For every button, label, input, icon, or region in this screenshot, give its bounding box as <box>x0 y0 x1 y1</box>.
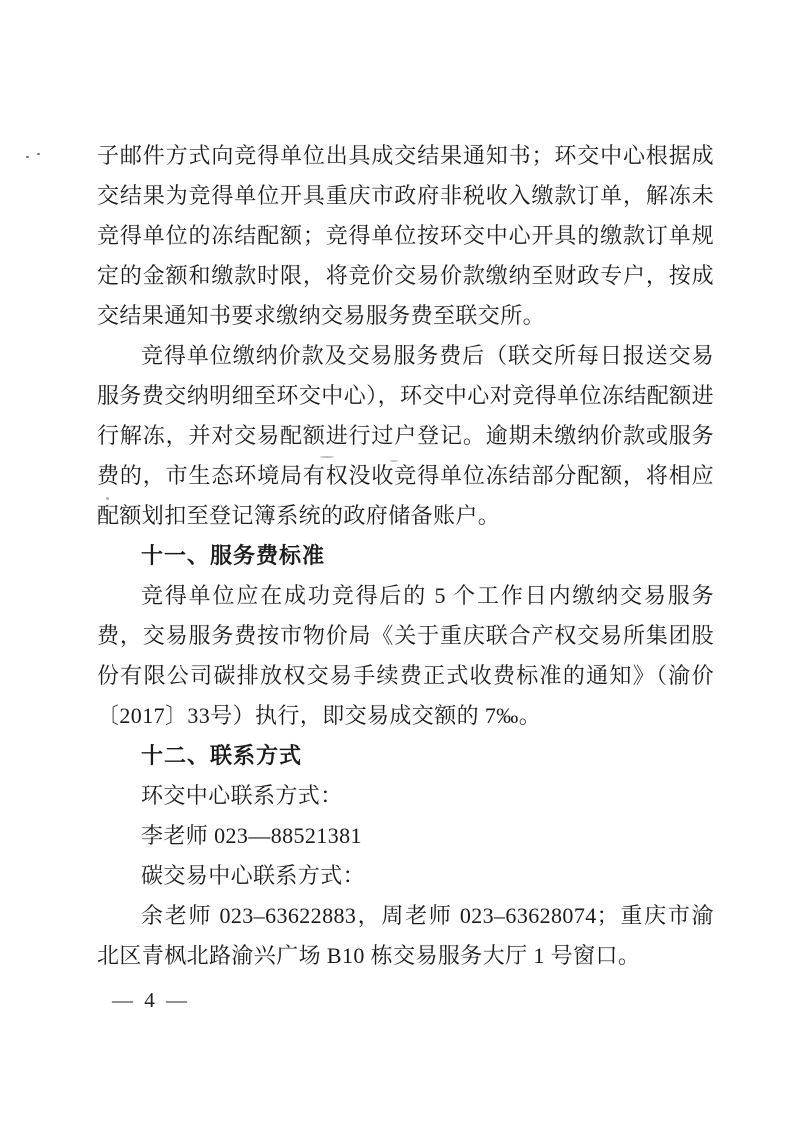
paragraph-carbon-center-phones: 余老师 023–63622883，周老师 023–63628074；重庆市渝北区… <box>97 896 714 976</box>
scan-artifact <box>37 153 40 155</box>
paragraph-settlement-continuation: 子邮件方式向竞得单位出具成交结果通知书；环交中心根据成交结果为竞得单位开具重庆市… <box>97 136 714 336</box>
line-env-exchange-contact: 环交中心联系方式： <box>97 776 714 816</box>
paragraph-service-fee: 竞得单位应在成功竞得后的 5 个工作日内缴纳交易服务费，交易服务费按市物价局《关… <box>97 576 714 736</box>
section-heading-service-fee: 十一、服务费标准 <box>97 536 714 576</box>
scan-artifact <box>26 156 29 158</box>
document-page: 子邮件方式向竞得单位出具成交结果通知书；环交中心根据成交结果为竞得单位开具重庆市… <box>0 0 794 1123</box>
document-body: 子邮件方式向竞得单位出具成交结果通知书；环交中心根据成交结果为竞得单位开具重庆市… <box>97 136 714 976</box>
line-env-exchange-phone: 李老师 023—88521381 <box>97 816 714 856</box>
paragraph-payment-and-transfer: 竞得单位缴纳价款及交易服务费后（联交所每日报送交易服务费交纳明细至环交中心），环… <box>97 336 714 536</box>
line-carbon-center-contact: 碳交易中心联系方式： <box>97 856 714 896</box>
section-heading-contact: 十二、联系方式 <box>97 736 714 776</box>
page-number: — 4 — <box>112 988 190 1013</box>
